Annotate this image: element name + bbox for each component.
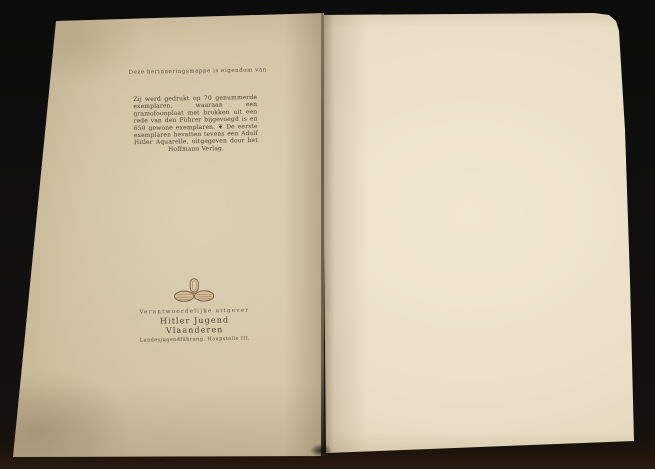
publisher-department: Landesjugendführung, Haupstelle III. (131, 335, 259, 343)
publisher-name: Hitler Jugend Vlaanderen (130, 314, 258, 335)
left-page-print: Deze herinneringsmappe is eigendom van Z… (0, 0, 655, 469)
booklet-photo: Deze herinneringsmappe is eigendom van Z… (0, 0, 655, 469)
printers-mark-icon (171, 275, 217, 304)
publisher-imprint: Verantwoordelijke uitgever Hitler Jugend… (130, 274, 259, 343)
colophon-paragraph: Zij werd gedrukt op 70 genummerde exempl… (133, 93, 258, 153)
ownership-line: Deze herinneringsmappe is eigendom van (120, 66, 275, 75)
